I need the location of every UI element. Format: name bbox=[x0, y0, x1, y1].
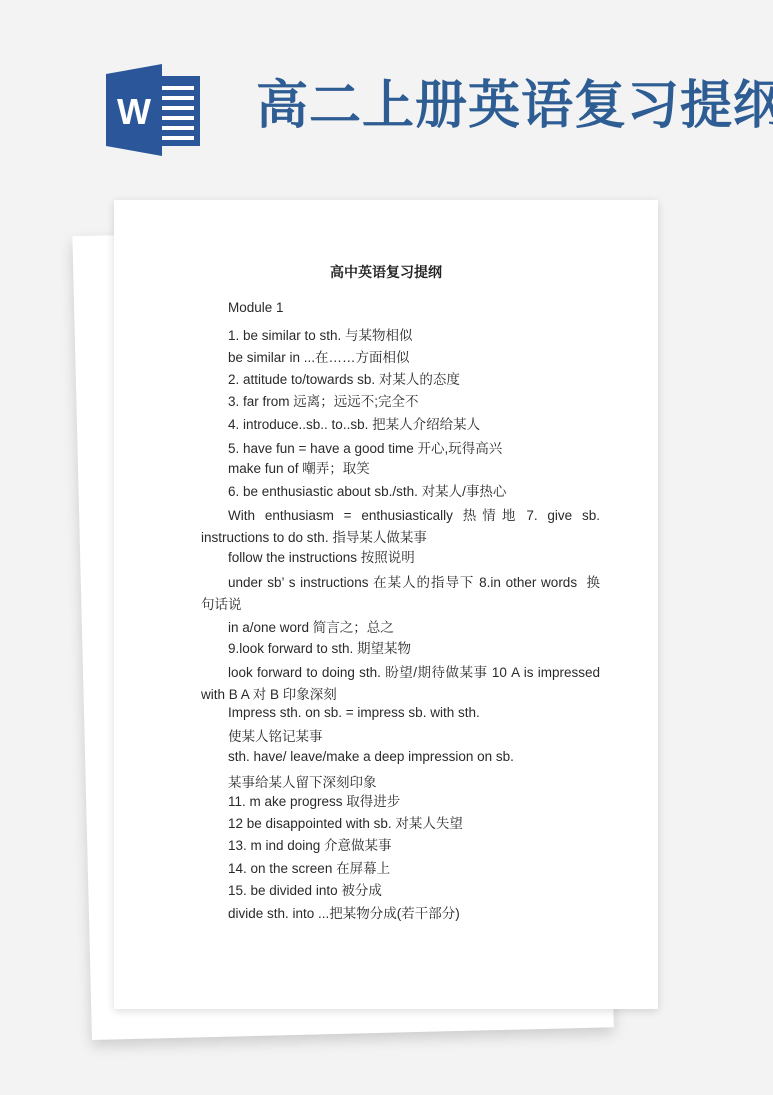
text-line: 11. m ake progress 取得进步 bbox=[228, 790, 400, 810]
text-line: look forward to doing sth. 盼望/期待做某事 10 A… bbox=[228, 661, 600, 681]
text-line: 2. attitude to/towards sb. 对某人的态度 bbox=[228, 368, 460, 388]
text-line: 14. on the screen 在屏幕上 bbox=[228, 857, 390, 877]
text-line: 某事给某人留下深刻印象 bbox=[228, 771, 377, 791]
text-line: 13. m ind doing 介意做某事 bbox=[228, 834, 392, 854]
banner-title: 高二上册英语复习提纲 bbox=[256, 70, 773, 142]
text-line: 1. be similar to sth. 与某物相似 bbox=[228, 324, 413, 344]
text-line: under sb’ s instructions 在某人的指导下 8.in ot… bbox=[228, 571, 600, 591]
text-line: 6. be enthusiastic about sb./sth. 对某人/事热… bbox=[228, 480, 506, 500]
module-heading: Module 1 bbox=[228, 300, 284, 315]
text-line: follow the instructions 按照说明 bbox=[228, 546, 415, 566]
text-line: make fun of 嘲弄；取笑 bbox=[228, 457, 370, 477]
text-line: instructions to do sth. 指导某人做某事 bbox=[201, 526, 427, 546]
text-line: 9.look forward to sth. 期望某物 bbox=[228, 637, 411, 657]
document-page: 高中英语复习提纲 Module 1 1. be similar to sth. … bbox=[114, 200, 658, 1009]
text-line: 15. be divided into 被分成 bbox=[228, 879, 382, 899]
svg-text:W: W bbox=[117, 91, 151, 132]
text-line: With enthusiasm = enthusiastically 热 情 地… bbox=[228, 504, 600, 524]
text-line: 句话说 bbox=[201, 593, 242, 613]
text-line: 4. introduce..sb.. to..sb. 把某人介绍给某人 bbox=[228, 413, 480, 433]
text-line: 使某人铭记某事 bbox=[228, 725, 323, 745]
text-line: in a/one word 简言之；总之 bbox=[228, 616, 394, 636]
text-line: 3. far from 远离；远远不;完全不 bbox=[228, 390, 419, 410]
text-line: with B A 对 B 印象深刻 bbox=[201, 683, 337, 703]
text-line: divide sth. into ...把某物分成(若干部分) bbox=[228, 902, 460, 922]
text-line: be similar in ...在……方面相似 bbox=[228, 346, 410, 366]
word-document-icon: W bbox=[104, 64, 204, 156]
document-title: 高中英语复习提纲 bbox=[114, 262, 658, 282]
header-banner: W 高二上册英语复习提纲 bbox=[0, 0, 773, 180]
text-line: sth. have/ leave/make a deep impression … bbox=[228, 749, 514, 764]
text-line: 12 be disappointed with sb. 对某人失望 bbox=[228, 812, 463, 832]
text-line: 5. have fun = have a good time 开心,玩得高兴 bbox=[228, 437, 502, 457]
text-line: Impress sth. on sb. = impress sb. with s… bbox=[228, 705, 480, 720]
